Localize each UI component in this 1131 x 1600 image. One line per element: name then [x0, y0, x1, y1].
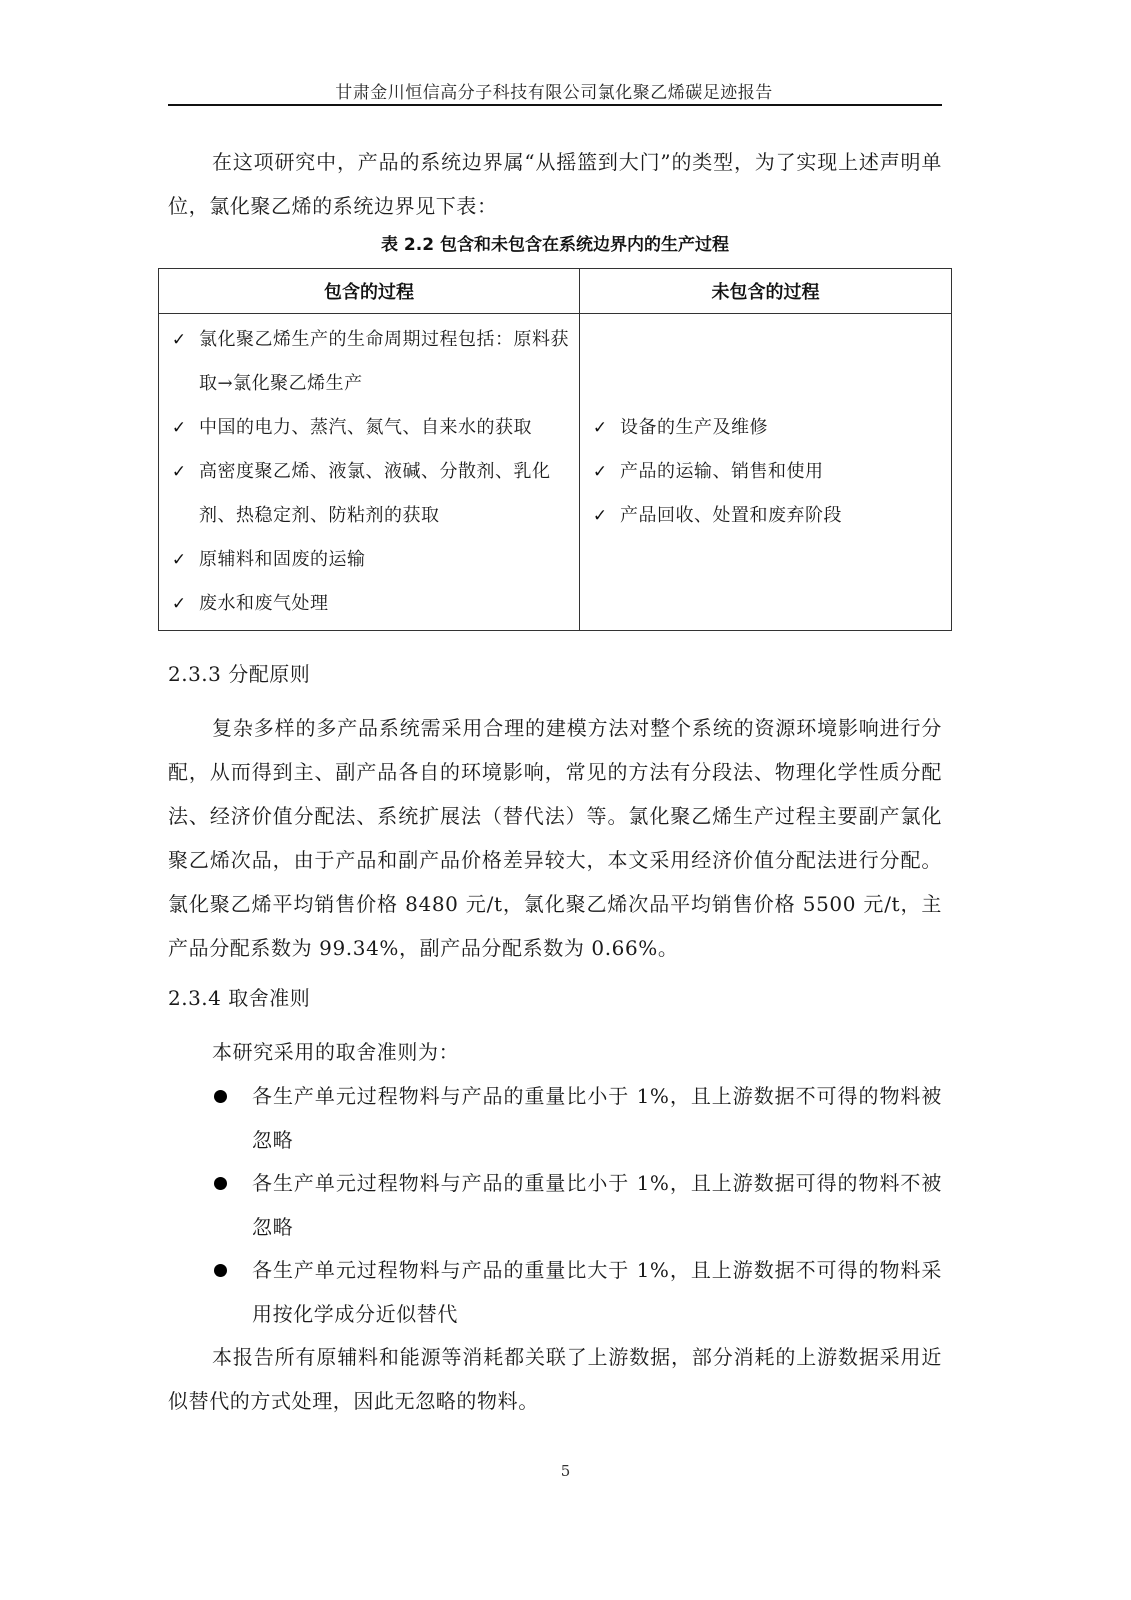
- included-item: ✓ 高密度聚乙烯、液氯、液碱、分散剂、乳化剂、热稳定剂、防粘剂的获取: [159, 450, 579, 538]
- check-icon: ✓: [159, 406, 199, 450]
- check-icon: ✓: [159, 318, 199, 362]
- excluded-item: ✓ 产品回收、处置和废弃阶段: [580, 494, 951, 538]
- bullet-icon: [214, 1177, 227, 1190]
- section-heading-cutoff: 2.3.4 取舍准则: [168, 982, 310, 1011]
- check-icon: ✓: [159, 450, 199, 494]
- cutoff-bullet: 各生产单元过程物料与产品的重量比小于 1%，且上游数据可得的物料不被忽略: [168, 1161, 942, 1249]
- header-rule: [168, 104, 942, 106]
- included-item: ✓ 废水和废气处理: [159, 582, 579, 626]
- intro-paragraph: 在这项研究中，产品的系统边界属“从摇篮到大门”的类型，为了实现上述声明单位，氯化…: [168, 140, 942, 228]
- section-heading-allocation: 2.3.3 分配原则: [168, 658, 310, 687]
- bullet-icon: [214, 1090, 227, 1103]
- check-icon: ✓: [159, 582, 199, 626]
- closing-paragraph: 本报告所有原辅料和能源等消耗都关联了上游数据，部分消耗的上游数据采用近似替代的方…: [168, 1335, 942, 1423]
- system-boundary-table: 包含的过程 未包含的过程 ✓ 氯化聚乙烯生产的生命周期过程包括：原料获取→氯化聚…: [158, 268, 952, 631]
- excluded-cell: ✓ 设备的生产及维修 ✓ 产品的运输、销售和使用 ✓ 产品回收、处置和废弃阶段: [580, 314, 952, 631]
- check-icon: ✓: [580, 494, 620, 538]
- included-item: ✓ 氯化聚乙烯生产的生命周期过程包括：原料获取→氯化聚乙烯生产: [159, 318, 579, 406]
- check-icon: ✓: [580, 450, 620, 494]
- excluded-item: ✓ 设备的生产及维修: [580, 406, 951, 450]
- included-cell: ✓ 氯化聚乙烯生产的生命周期过程包括：原料获取→氯化聚乙烯生产 ✓ 中国的电力、…: [159, 314, 580, 631]
- header-included: 包含的过程: [159, 269, 580, 314]
- included-item: ✓ 中国的电力、蒸汽、氮气、自来水的获取: [159, 406, 579, 450]
- check-icon: ✓: [580, 406, 620, 450]
- excluded-item: ✓ 产品的运输、销售和使用: [580, 450, 951, 494]
- bullet-icon: [214, 1264, 227, 1277]
- table-caption: 表 2.2 包含和未包含在系统边界内的生产过程: [168, 230, 942, 255]
- check-icon: ✓: [159, 538, 199, 582]
- running-header-title: 甘肃金川恒信高分子科技有限公司氯化聚乙烯碳足迹报告: [168, 78, 940, 103]
- header-excluded: 未包含的过程: [580, 269, 952, 314]
- cutoff-bullet: 各生产单元过程物料与产品的重量比小于 1%，且上游数据不可得的物料被忽略: [168, 1074, 942, 1162]
- included-item: ✓ 原辅料和固废的运输: [159, 538, 579, 582]
- allocation-paragraph: 复杂多样的多产品系统需采用合理的建模方法对整个系统的资源环境影响进行分配，从而得…: [168, 706, 942, 970]
- cutoff-lead: 本研究采用的取舍准则为：: [168, 1030, 942, 1074]
- cutoff-bullet: 各生产单元过程物料与产品的重量比大于 1%，且上游数据不可得的物料采用按化学成分…: [168, 1248, 942, 1336]
- page-number: 5: [0, 1462, 1131, 1480]
